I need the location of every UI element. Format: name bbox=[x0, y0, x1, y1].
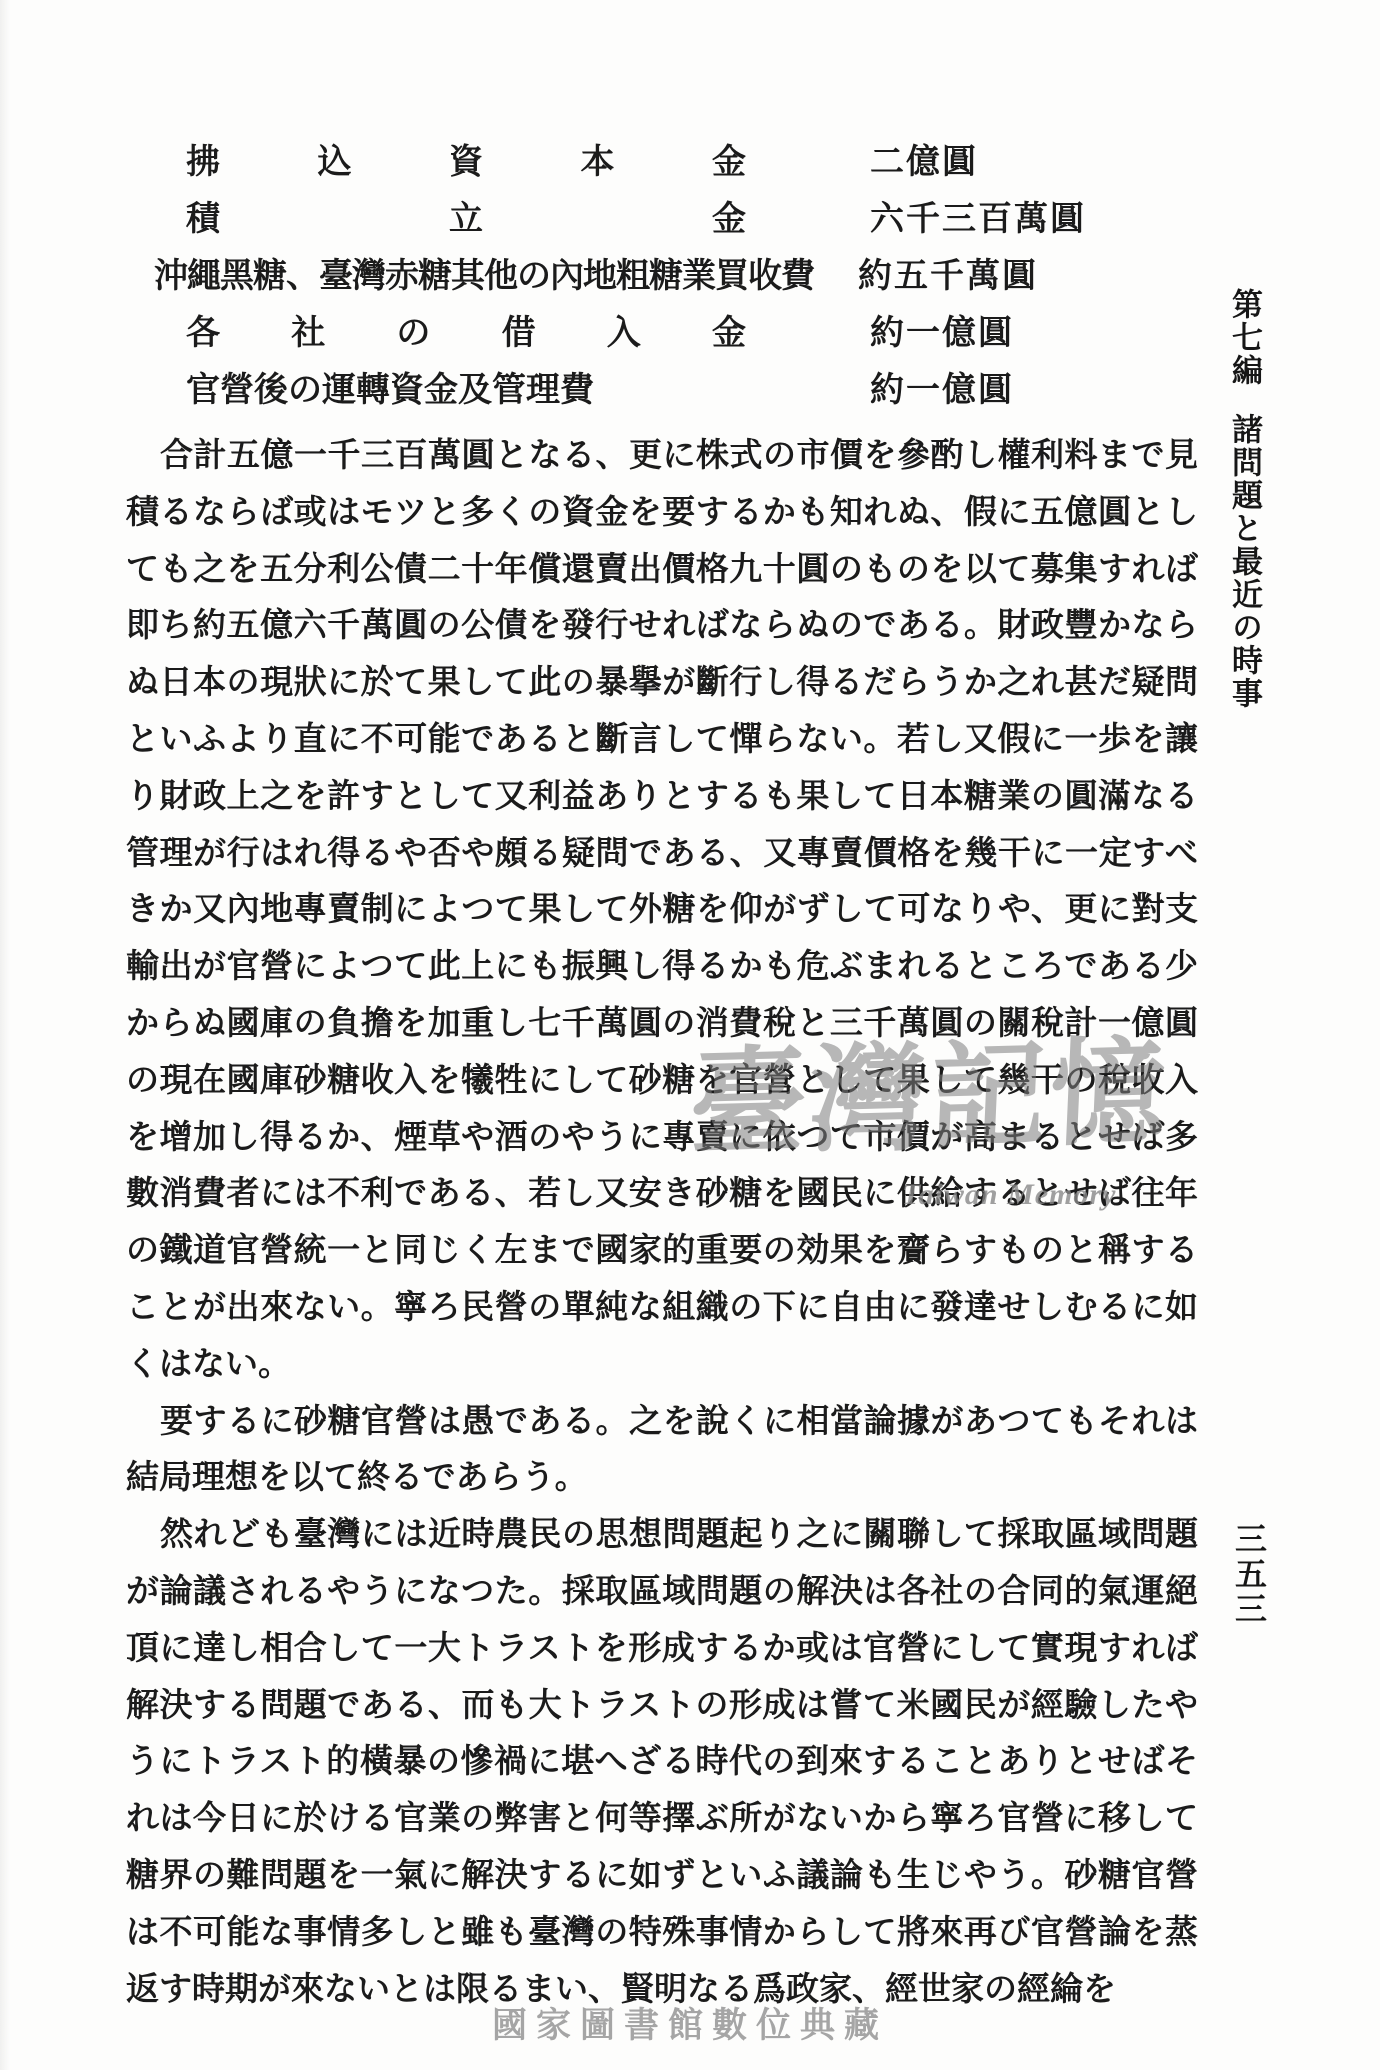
list-item: 各社の借入金 約一億圓 bbox=[186, 305, 1246, 362]
financial-list: 拂込資本金 二億圓 積立金 六千三百萬圓 沖繩黑糖、臺灣赤糖其他の內地粗糖業買收… bbox=[186, 134, 1246, 419]
list-item: 積立金 六千三百萬圓 bbox=[186, 191, 1246, 248]
library-caption: 國家圖書館數位典藏 bbox=[0, 1998, 1380, 2048]
scan-edge-shadow bbox=[0, 0, 10, 2070]
chapter-number: 第七編 bbox=[1227, 288, 1262, 387]
body-text: 合計五億一千三百萬圓となる、更に株式の市價を參酌し權利料まで見積るならば或はモツ… bbox=[126, 428, 1198, 2018]
page-number: 三五三 bbox=[1226, 1522, 1272, 1627]
paragraph-3: 然れども臺灣には近時農民の思想問題起り之に關聯して採取區域問題が論議されるやうに… bbox=[126, 1507, 1198, 2018]
paragraph-1: 合計五億一千三百萬圓となる、更に株式の市價を參酌し權利料まで見積るならば或はモツ… bbox=[126, 428, 1198, 1394]
item-label: 拂込資本金 bbox=[186, 134, 746, 183]
item-amount: 約一億圓 bbox=[870, 305, 1014, 354]
book-page-scan: 拂込資本金 二億圓 積立金 六千三百萬圓 沖繩黑糖、臺灣赤糖其他の內地粗糖業買收… bbox=[0, 0, 1380, 2070]
item-label: 各社の借入金 bbox=[186, 305, 746, 354]
item-amount: 約一億圓 bbox=[870, 362, 1014, 411]
chapter-header: 第七編諸問題と最近の時事 bbox=[1222, 288, 1267, 748]
item-label: 積立金 bbox=[186, 191, 746, 240]
list-item: 官營後の運轉資金及管理費 約一億圓 bbox=[186, 362, 1246, 419]
item-label: 官營後の運轉資金及管理費 bbox=[186, 362, 594, 411]
item-amount: 六千三百萬圓 bbox=[870, 191, 1086, 240]
item-amount: 約五千萬圓 bbox=[858, 248, 1038, 297]
paragraph-2: 要するに砂糖官營は愚である。之を說くに相當論據があつてもそれは結局理想を以て終る… bbox=[126, 1394, 1198, 1508]
list-item: 沖繩黑糖、臺灣赤糖其他の內地粗糖業買收費 約五千萬圓 bbox=[186, 248, 1246, 305]
item-amount: 二億圓 bbox=[870, 134, 978, 183]
list-item: 拂込資本金 二億圓 bbox=[186, 134, 1246, 191]
chapter-title: 諸問題と最近の時事 bbox=[1227, 413, 1262, 710]
item-label: 沖繩黑糖、臺灣赤糖其他の內地粗糖業買收費 bbox=[154, 248, 814, 297]
